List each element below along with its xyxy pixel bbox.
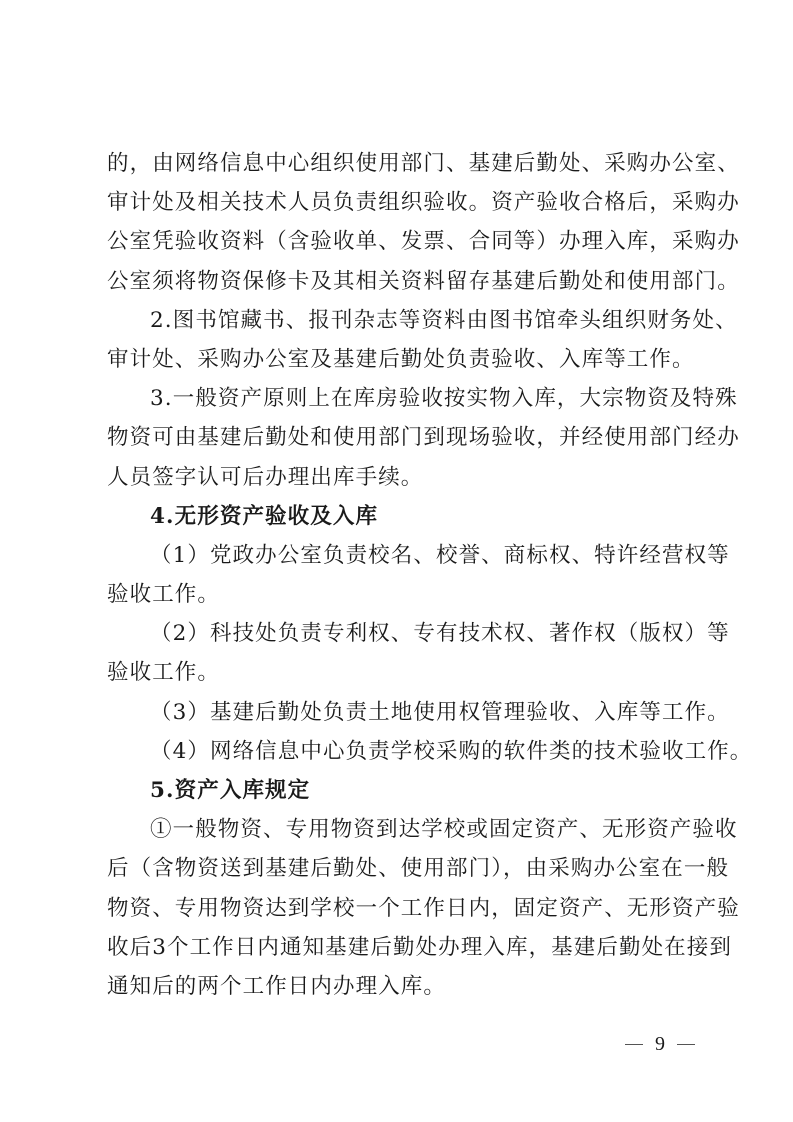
text-line: 通知后的两个工作日内办理入库。 <box>107 967 693 1006</box>
text-line: 收后3个工作日内通知基建后勤处办理入库，基建后勤处在接到 <box>107 928 693 967</box>
list-item-4: （4）网络信息中心负责学校采购的软件类的技术验收工作。 <box>107 732 693 771</box>
text-line: 验收工作。 <box>107 653 693 692</box>
text-line: 人员签字认可后办理出库手续。 <box>107 458 693 497</box>
section-heading-5: 5.资产入库规定 <box>107 771 693 810</box>
text-line: 后（含物资送到基建后勤处、使用部门），由采购办公室在一般 <box>107 849 693 888</box>
text-line: 的，由网络信息中心组织使用部门、基建后勤处、采购办公室、 <box>107 144 693 183</box>
list-item-3: （3）基建后勤处负责土地使用权管理验收、入库等工作。 <box>107 693 693 732</box>
dash-left <box>625 1044 643 1045</box>
page-number-value: 9 <box>655 1033 665 1056</box>
list-item-1: （1）党政办公室负责校名、校誉、商标权、特许经营权等 <box>107 536 693 575</box>
page-number: 9 <box>625 1033 695 1056</box>
text-line: 审计处、采购办公室及基建后勤处负责验收、入库等工作。 <box>107 340 693 379</box>
paragraph-3-start: 3.一般资产原则上在库房验收按实物入库，大宗物资及特殊 <box>107 379 693 418</box>
text-line: 公室凭验收资料（含验收单、发票、合同等）办理入库，采购办 <box>107 222 693 261</box>
section-heading-4: 4.无形资产验收及入库 <box>107 497 693 536</box>
text-line: 审计处及相关技术人员负责组织验收。资产验收合格后，采购办 <box>107 183 693 222</box>
document-body: 的，由网络信息中心组织使用部门、基建后勤处、采购办公室、 审计处及相关技术人员负… <box>107 144 693 1006</box>
text-line: 物资可由基建后勤处和使用部门到现场验收，并经使用部门经办 <box>107 418 693 457</box>
paragraph-2-start: 2.图书馆藏书、报刊杂志等资料由图书馆牵头组织财务处、 <box>107 301 693 340</box>
list-item-2: （2）科技处负责专利权、专有技术权、著作权（版权）等 <box>107 614 693 653</box>
text-line: 公室须将物资保修卡及其相关资料留存基建后勤处和使用部门。 <box>107 262 693 301</box>
dash-right <box>677 1044 695 1045</box>
text-line: 物资、专用物资达到学校一个工作日内，固定资产、无形资产验 <box>107 889 693 928</box>
text-line: 验收工作。 <box>107 575 693 614</box>
rule-item-1: ①一般物资、专用物资到达学校或固定资产、无形资产验收 <box>107 810 693 849</box>
